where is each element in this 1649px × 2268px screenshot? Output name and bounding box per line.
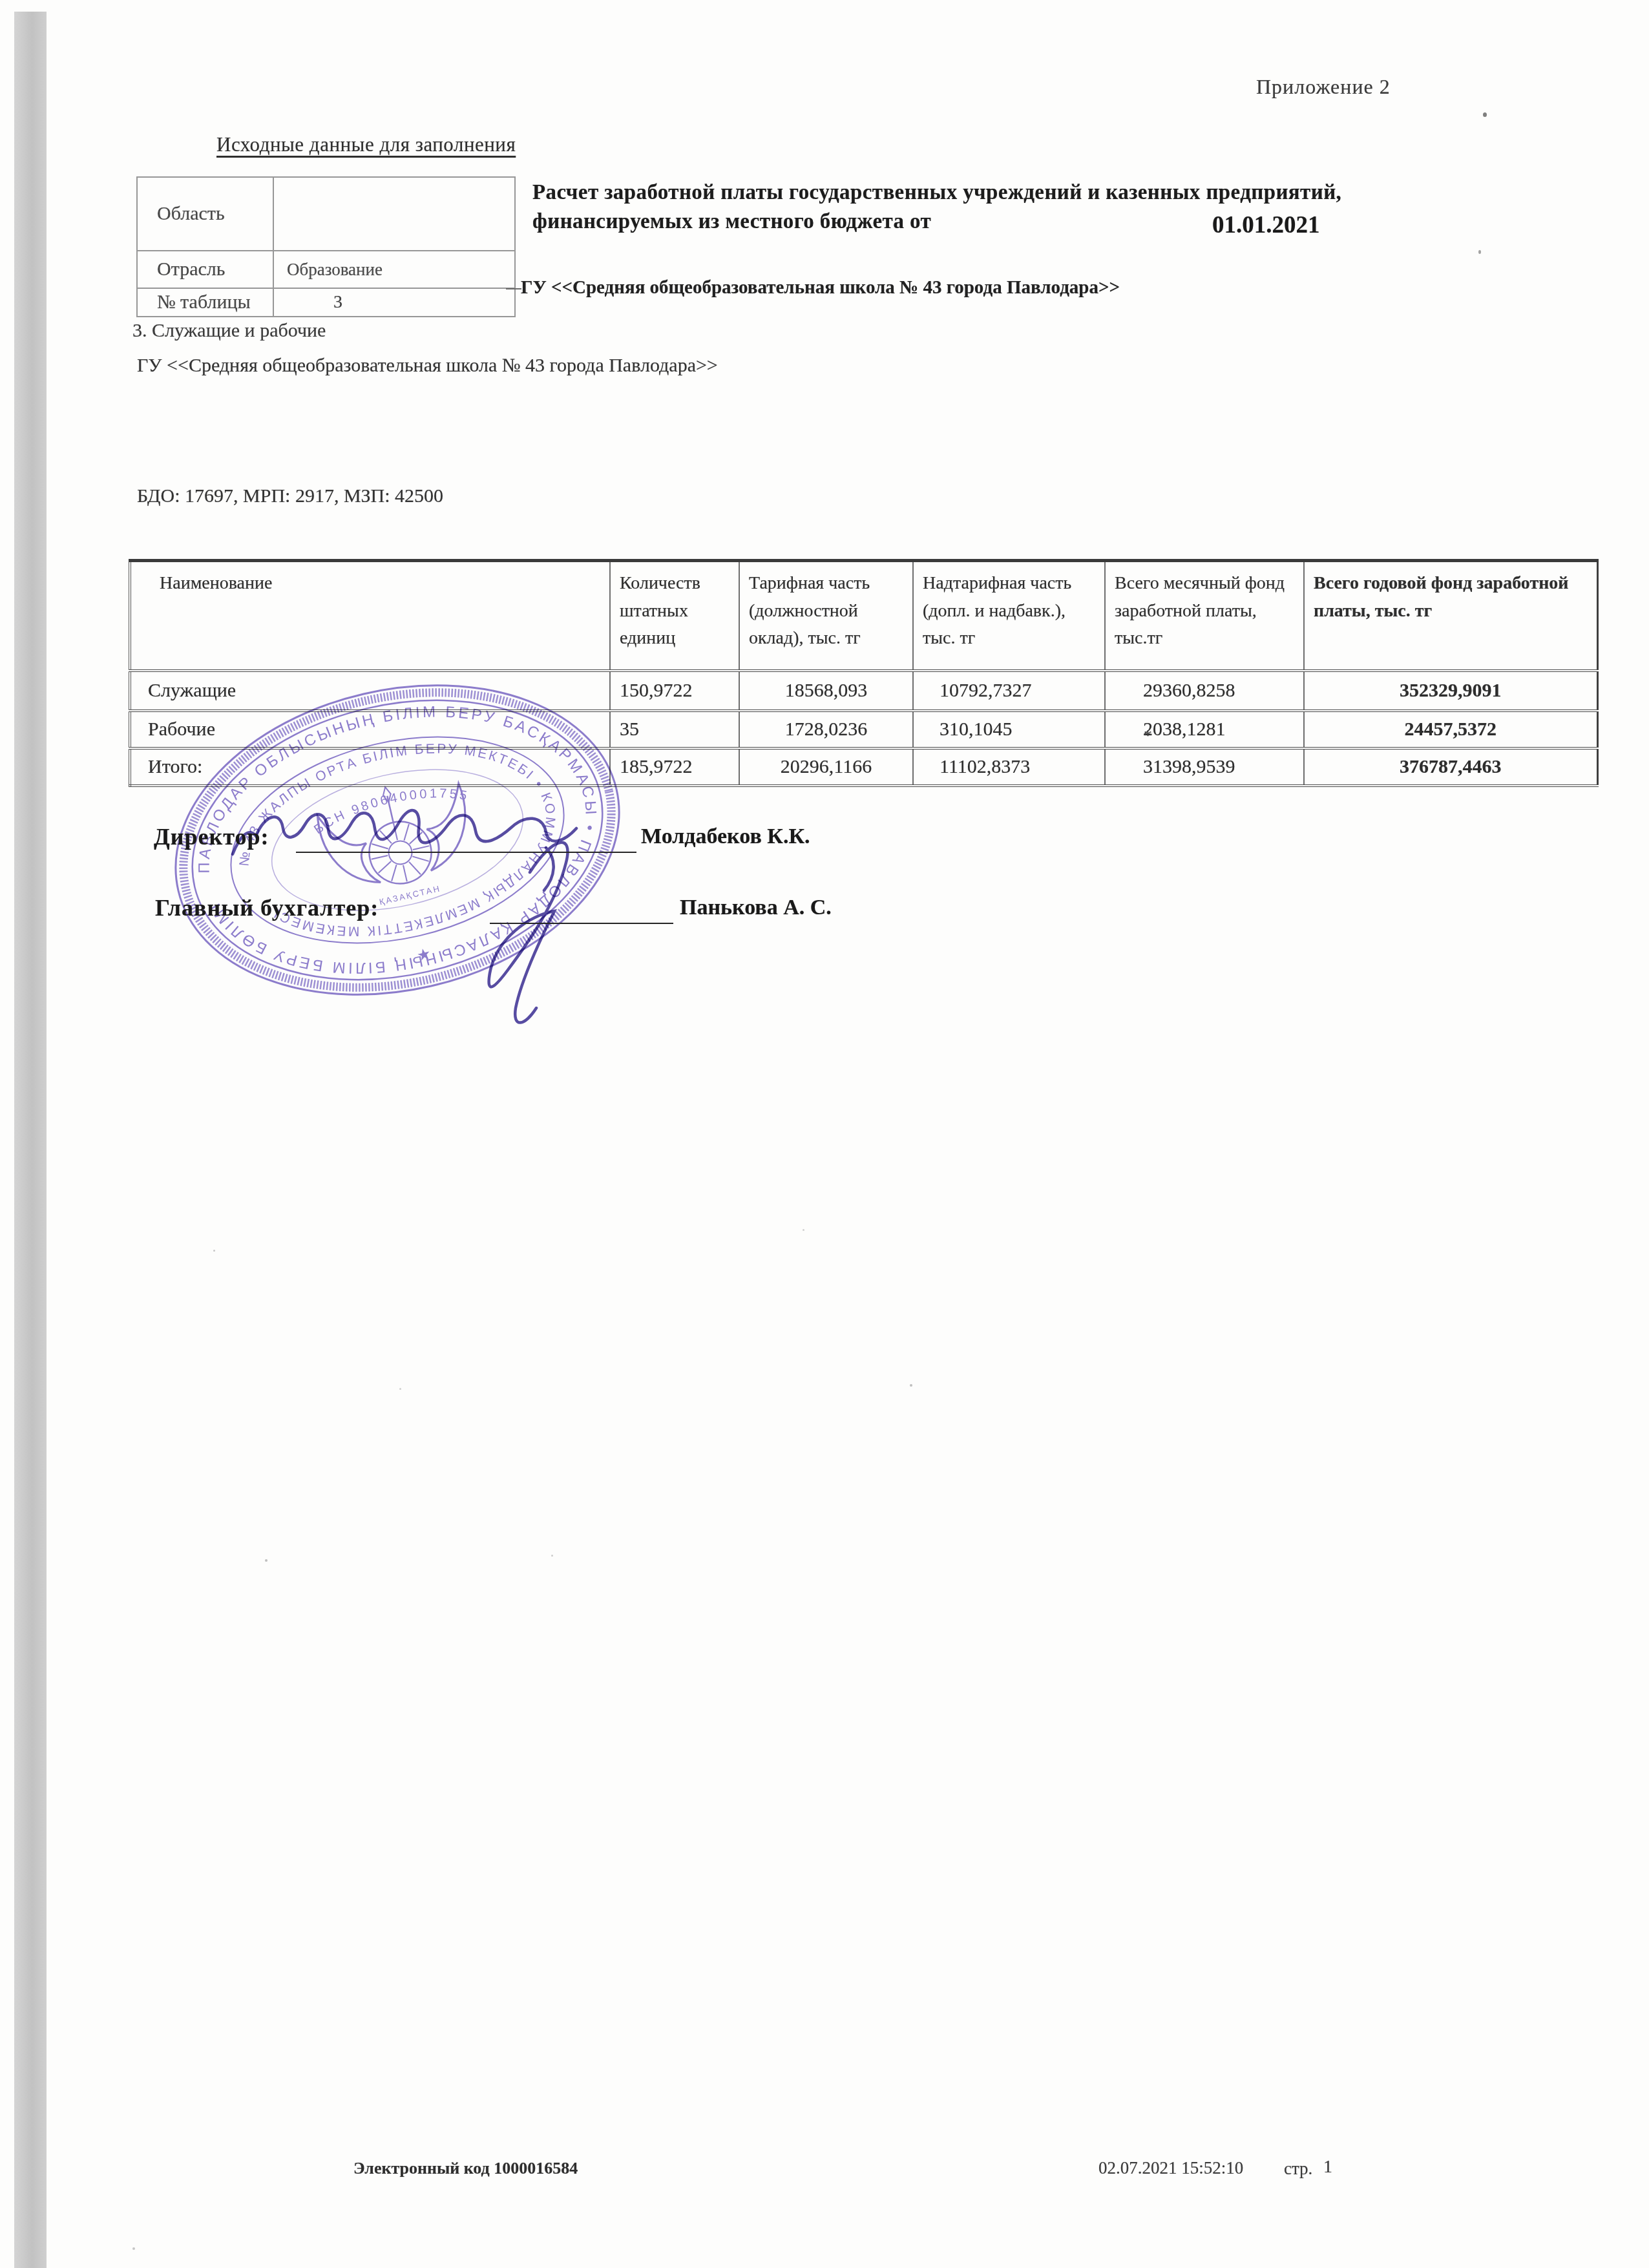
print-datetime: 02.07.2021 15:52:10 bbox=[1098, 2158, 1243, 2178]
cell-value: 310,1045 bbox=[913, 711, 1105, 748]
page-number: 1 bbox=[1323, 2157, 1332, 2178]
table-row: № таблицы 3 bbox=[137, 288, 515, 317]
scan-edge-strip bbox=[14, 12, 47, 2268]
column-header: Количеств штатных единиц bbox=[610, 561, 739, 671]
scan-speck bbox=[213, 1250, 215, 1252]
column-header: Всего месячный фонд заработной платы, ты… bbox=[1105, 561, 1304, 671]
footnote-mark: * bbox=[1144, 726, 1152, 746]
director-signature bbox=[233, 810, 576, 854]
page-title: Исходные данные для заполнения bbox=[216, 133, 516, 156]
info-label-table-no: № таблицы bbox=[137, 288, 273, 317]
scan-speck bbox=[265, 1559, 268, 1562]
accountant-signature-line bbox=[490, 923, 673, 924]
electronic-code: Электронный код 1000016584 bbox=[353, 2159, 578, 2178]
director-label: Директор: bbox=[154, 823, 269, 850]
table-row: Область bbox=[137, 177, 515, 251]
cell-value: 31398,9539 bbox=[1105, 748, 1304, 786]
accountant-signature bbox=[489, 843, 568, 1023]
cell-value: 29360,8258 bbox=[1105, 671, 1304, 711]
scanned-document-page: Приложение 2 Исходные данные для заполне… bbox=[0, 0, 1649, 2268]
column-header: Надтарифная часть (допл. и надбавк.), ты… bbox=[913, 561, 1105, 671]
scan-speck bbox=[551, 1555, 553, 1557]
info-label-oblast: Область bbox=[137, 177, 273, 251]
section-title: 3. Служащие и рабочие bbox=[132, 320, 326, 342]
column-header: Тарифная часть (должностной оклад), тыс.… bbox=[739, 561, 913, 671]
scan-speck bbox=[803, 1229, 804, 1231]
info-value-table-no: 3 bbox=[273, 288, 515, 317]
director-name: Молдабеков К.К. bbox=[641, 824, 810, 849]
cell-value: 352329,9091 bbox=[1304, 671, 1597, 711]
cell-value: 20296,1166 bbox=[739, 748, 913, 786]
appendix-label: Приложение 2 bbox=[1256, 75, 1391, 99]
cell-value: 18568,093 bbox=[739, 671, 913, 711]
cell-value: 376787,4463 bbox=[1304, 748, 1597, 786]
document-title-line2: финансируемых из местного бюджета от bbox=[532, 210, 931, 234]
info-value-otrasl: Образование bbox=[273, 251, 515, 288]
info-label-otrasl: Отрасль bbox=[137, 251, 273, 288]
document-date: 01.01.2021 bbox=[1212, 211, 1320, 239]
document-title-line1: Расчет заработной платы государственных … bbox=[532, 181, 1502, 205]
info-value-oblast bbox=[273, 177, 515, 251]
accountant-label: Главный бухгалтер: bbox=[155, 894, 379, 921]
cell-value: 24457,5372 bbox=[1304, 711, 1597, 748]
cell-value: 2038,1281 bbox=[1105, 711, 1304, 748]
divider bbox=[506, 288, 521, 289]
scan-speck bbox=[1483, 112, 1487, 117]
scan-speck bbox=[132, 2247, 135, 2250]
cell-value: 10792,7327 bbox=[913, 671, 1105, 711]
cell-value: 11102,8373 bbox=[913, 748, 1105, 786]
director-signature-line bbox=[296, 852, 636, 853]
column-header: Всего годовой фонд заработной платы, тыс… bbox=[1304, 561, 1597, 671]
table-row: Отрасль Образование bbox=[137, 251, 515, 288]
scan-speck bbox=[399, 1388, 401, 1390]
column-header: Наименование bbox=[130, 561, 610, 671]
table-header-row: Наименование Количеств штатных единиц Та… bbox=[130, 561, 1597, 671]
organization-name: ГУ <<Средняя общеобразовательная школа №… bbox=[137, 355, 718, 377]
info-table: Область Отрасль Образование № таблицы 3 bbox=[136, 176, 516, 317]
scan-speck bbox=[910, 1384, 912, 1387]
scan-speck bbox=[1478, 250, 1481, 254]
organization-name-bold: ГУ <<Средняя общеобразовательная школа №… bbox=[521, 277, 1120, 299]
budget-constants: БДО: 17697, МРП: 2917, МЗП: 42500 bbox=[137, 485, 443, 507]
accountant-name: Панькова А. С. bbox=[680, 896, 832, 920]
cell-value: 1728,0236 bbox=[739, 711, 913, 748]
page-label: стр. bbox=[1284, 2159, 1312, 2179]
